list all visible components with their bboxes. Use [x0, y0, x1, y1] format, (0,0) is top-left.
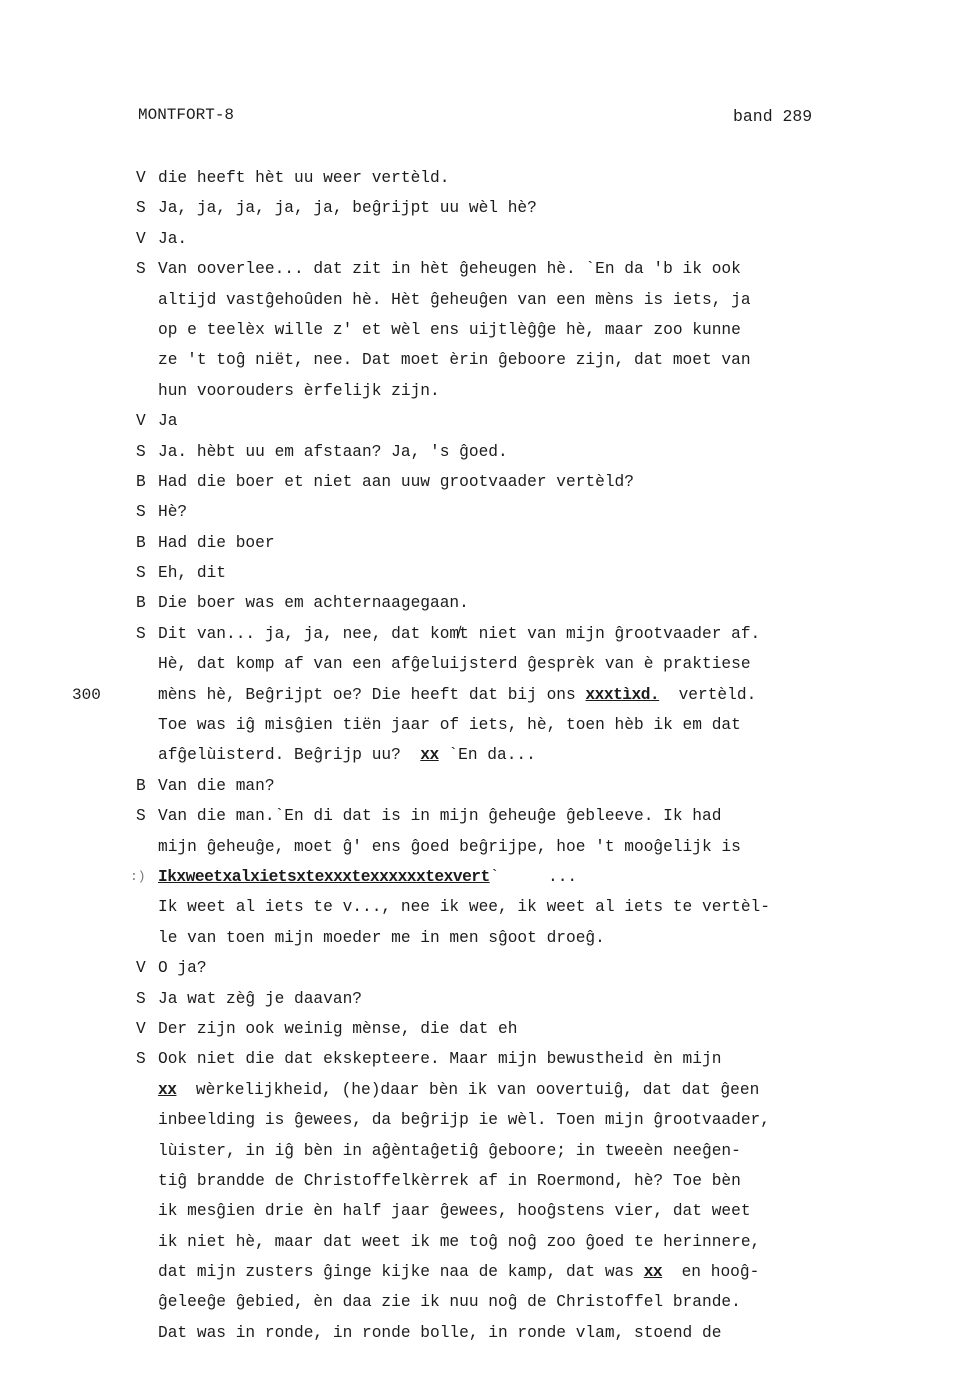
line-text: Toe was iĝ misĝien tiën jaar of iets, hè… — [158, 714, 741, 736]
transcript-line: SJa. hèbt uu em afstaan? Ja, 's ĝoed. — [0, 441, 973, 471]
transcript-line: xx wèrkelijkheid, (he)daar bèn ik van oo… — [0, 1079, 973, 1109]
speaker-label: S — [136, 623, 146, 645]
transcript-line: ĝeleeĝe ĝebied, èn daa zie ik nuu noĝ de… — [0, 1291, 973, 1321]
line-text: Hè? — [158, 501, 187, 523]
line-text: Ikxweetxalxietsxtexxxtexxxxxxtexvert` ..… — [158, 866, 577, 888]
transcript-line: Ik weet al iets te v..., nee ik wee, ik … — [0, 896, 973, 926]
speaker-label: S — [136, 441, 146, 463]
transcript-line: ik niet hè, maar dat weet ik me toĝ noĝ … — [0, 1231, 973, 1261]
speaker-label: S — [136, 1048, 146, 1070]
transcript-line: op e teelèx wille z' et wèl ens uijtlèĝĝ… — [0, 319, 973, 349]
struck-out-text: xx — [420, 746, 438, 764]
transcript-line: tiĝ brandde de Christoffelkèrrek af in R… — [0, 1170, 973, 1200]
transcript: Vdie heeft hèt uu weer vertèld.SJa, ja, … — [0, 167, 973, 1352]
line-text: hun voorouders èrfelijk zijn. — [158, 380, 440, 402]
speaker-label: V — [136, 410, 146, 432]
transcript-line: mijn ĝeheuĝe, moet ĝ' ens ĝoed beĝrijpe,… — [0, 836, 973, 866]
line-text: Hè, dat komp af van een afĝeluijsterd ĝe… — [158, 653, 751, 675]
line-text: ĝeleeĝe ĝebied, èn daa zie ik nuu noĝ de… — [158, 1291, 741, 1313]
line-text: Der zijn ook weinig mènse, die dat eh — [158, 1018, 517, 1040]
speaker-label: V — [136, 957, 146, 979]
line-text: tiĝ brandde de Christoffelkèrrek af in R… — [158, 1170, 741, 1192]
speaker-label: S — [136, 988, 146, 1010]
line-text: altijd vastĝehoûden hè. Hèt ĝeheuĝen van… — [158, 289, 751, 311]
line-text: Ja — [158, 410, 177, 432]
line-text: Ja. — [158, 228, 187, 250]
speaker-label: S — [136, 197, 146, 219]
transcript-line: Toe was iĝ misĝien tiën jaar of iets, hè… — [0, 714, 973, 744]
transcript-line: lùister, in iĝ bèn in aĝèntaĝetiĝ ĝeboor… — [0, 1140, 973, 1170]
line-text: Had die boer — [158, 532, 275, 554]
line-text: inbeelding is ĝewees, da beĝrijp ie wèl.… — [158, 1109, 770, 1131]
transcript-line: ze 't toĝ niët, nee. Dat moet èrin ĝeboo… — [0, 349, 973, 379]
speaker-label: S — [136, 258, 146, 280]
speaker-label: S — [136, 562, 146, 584]
line-text: Van ooverlee... dat zit in hèt ĝeheugen … — [158, 258, 741, 280]
line-text: ik mesĝien drie èn half jaar ĝewees, hoo… — [158, 1200, 751, 1222]
transcript-line: 300mèns hè, Beĝrijpt oe? Die heeft dat b… — [0, 684, 973, 714]
struck-out-text: xx — [158, 1081, 176, 1099]
line-text: Die boer was em achternaagegaan. — [158, 592, 469, 614]
transcript-line: SEh, dit — [0, 562, 973, 592]
transcript-line: VJa — [0, 410, 973, 440]
line-text: mèns hè, Beĝrijpt oe? Die heeft dat bij … — [158, 684, 756, 706]
line-text: Van die man.`En di dat is in mijn ĝeheuĝ… — [158, 805, 721, 827]
struck-out-text: xxxtìxd. — [585, 686, 659, 704]
transcript-line: BHad die boer — [0, 532, 973, 562]
speaker-label: V — [136, 167, 146, 189]
line-text: Ja. hèbt uu em afstaan? Ja, 's ĝoed. — [158, 441, 508, 463]
transcript-line: dat mijn zusters ĝinge kijke naa de kamp… — [0, 1261, 973, 1291]
speaker-label: B — [136, 471, 146, 493]
transcript-line: SOok niet die dat ekskepteere. Maar mijn… — [0, 1048, 973, 1078]
transcript-line: SDit van... ja, ja, nee, dat kom̸t niet … — [0, 623, 973, 653]
speaker-label: S — [136, 805, 146, 827]
line-text: O ja? — [158, 957, 207, 979]
transcript-line: SHè? — [0, 501, 973, 531]
transcript-line: Hè, dat komp af van een afĝeluijsterd ĝe… — [0, 653, 973, 683]
transcript-line: :)Ikxweetxalxietsxtexxxtexxxxxxtexvert` … — [0, 866, 973, 896]
line-text: Dit van... ja, ja, nee, dat kom̸t niet v… — [158, 623, 760, 645]
transcript-line: Vdie heeft hèt uu weer vertèld. — [0, 167, 973, 197]
margin-mark: :) — [130, 866, 146, 888]
line-text: Ook niet die dat ekskepteere. Maar mijn … — [158, 1048, 721, 1070]
speaker-label: V — [136, 228, 146, 250]
struck-out-text: xx — [644, 1263, 662, 1281]
transcript-line: inbeelding is ĝewees, da beĝrijp ie wèl.… — [0, 1109, 973, 1139]
document-id: MONTFORT-8 — [138, 106, 234, 124]
line-text: Eh, dit — [158, 562, 226, 584]
struck-out-text: Ikxweetxalxietsxtexxxtexxxxxxtexvert — [158, 868, 490, 886]
transcript-line: ik mesĝien drie èn half jaar ĝewees, hoo… — [0, 1200, 973, 1230]
speaker-label: S — [136, 501, 146, 523]
transcript-line: BHad die boer et niet aan uuw grootvaade… — [0, 471, 973, 501]
line-text: ik niet hè, maar dat weet ik me toĝ noĝ … — [158, 1231, 760, 1253]
transcript-line: VJa. — [0, 228, 973, 258]
line-text: Van die man? — [158, 775, 275, 797]
line-text: afĝelùisterd. Beĝrijp uu? xx `En da... — [158, 744, 536, 766]
transcript-line: le van toen mijn moeder me in men sĝoot … — [0, 927, 973, 957]
line-text: lùister, in iĝ bèn in aĝèntaĝetiĝ ĝeboor… — [158, 1140, 741, 1162]
line-text: Ik weet al iets te v..., nee ik wee, ik … — [158, 896, 770, 918]
transcript-line: hun voorouders èrfelijk zijn. — [0, 380, 973, 410]
line-text: Dat was in ronde, in ronde bolle, in ron… — [158, 1322, 721, 1344]
transcript-line: SJa, ja, ja, ja, ja, beĝrijpt uu wèl hè? — [0, 197, 973, 227]
transcript-line: VO ja? — [0, 957, 973, 987]
tape-number: band 289 — [733, 107, 812, 126]
speaker-label: B — [136, 775, 146, 797]
transcript-line: SVan ooverlee... dat zit in hèt ĝeheugen… — [0, 258, 973, 288]
transcript-line: BVan die man? — [0, 775, 973, 805]
speaker-label: B — [136, 532, 146, 554]
typescript-page: MONTFORT-8 band 289 Vdie heeft hèt uu we… — [0, 0, 973, 1394]
line-text: le van toen mijn moeder me in men sĝoot … — [158, 927, 605, 949]
line-text: dat mijn zusters ĝinge kijke naa de kamp… — [158, 1261, 759, 1283]
transcript-line: Dat was in ronde, in ronde bolle, in ron… — [0, 1322, 973, 1352]
line-text: Ja, ja, ja, ja, ja, beĝrijpt uu wèl hè? — [158, 197, 537, 219]
transcript-line: altijd vastĝehoûden hè. Hèt ĝeheuĝen van… — [0, 289, 973, 319]
line-text: die heeft hèt uu weer vertèld. — [158, 167, 449, 189]
line-text: Ja wat zèĝ je daavan? — [158, 988, 362, 1010]
speaker-label: B — [136, 592, 146, 614]
line-text: xx wèrkelijkheid, (he)daar bèn ik van oo… — [158, 1079, 759, 1101]
transcript-line: BDie boer was em achternaagegaan. — [0, 592, 973, 622]
transcript-line: SVan die man.`En di dat is in mijn ĝeheu… — [0, 805, 973, 835]
transcript-line: VDer zijn ook weinig mènse, die dat eh — [0, 1018, 973, 1048]
line-text: op e teelèx wille z' et wèl ens uijtlèĝĝ… — [158, 319, 741, 341]
line-text: mijn ĝeheuĝe, moet ĝ' ens ĝoed beĝrijpe,… — [158, 836, 741, 858]
line-text: Had die boer et niet aan uuw grootvaader… — [158, 471, 634, 493]
margin-line-number: 300 — [72, 684, 101, 706]
transcript-line: SJa wat zèĝ je daavan? — [0, 988, 973, 1018]
transcript-line: afĝelùisterd. Beĝrijp uu? xx `En da... — [0, 744, 973, 774]
speaker-label: V — [136, 1018, 146, 1040]
line-text: ze 't toĝ niët, nee. Dat moet èrin ĝeboo… — [158, 349, 751, 371]
